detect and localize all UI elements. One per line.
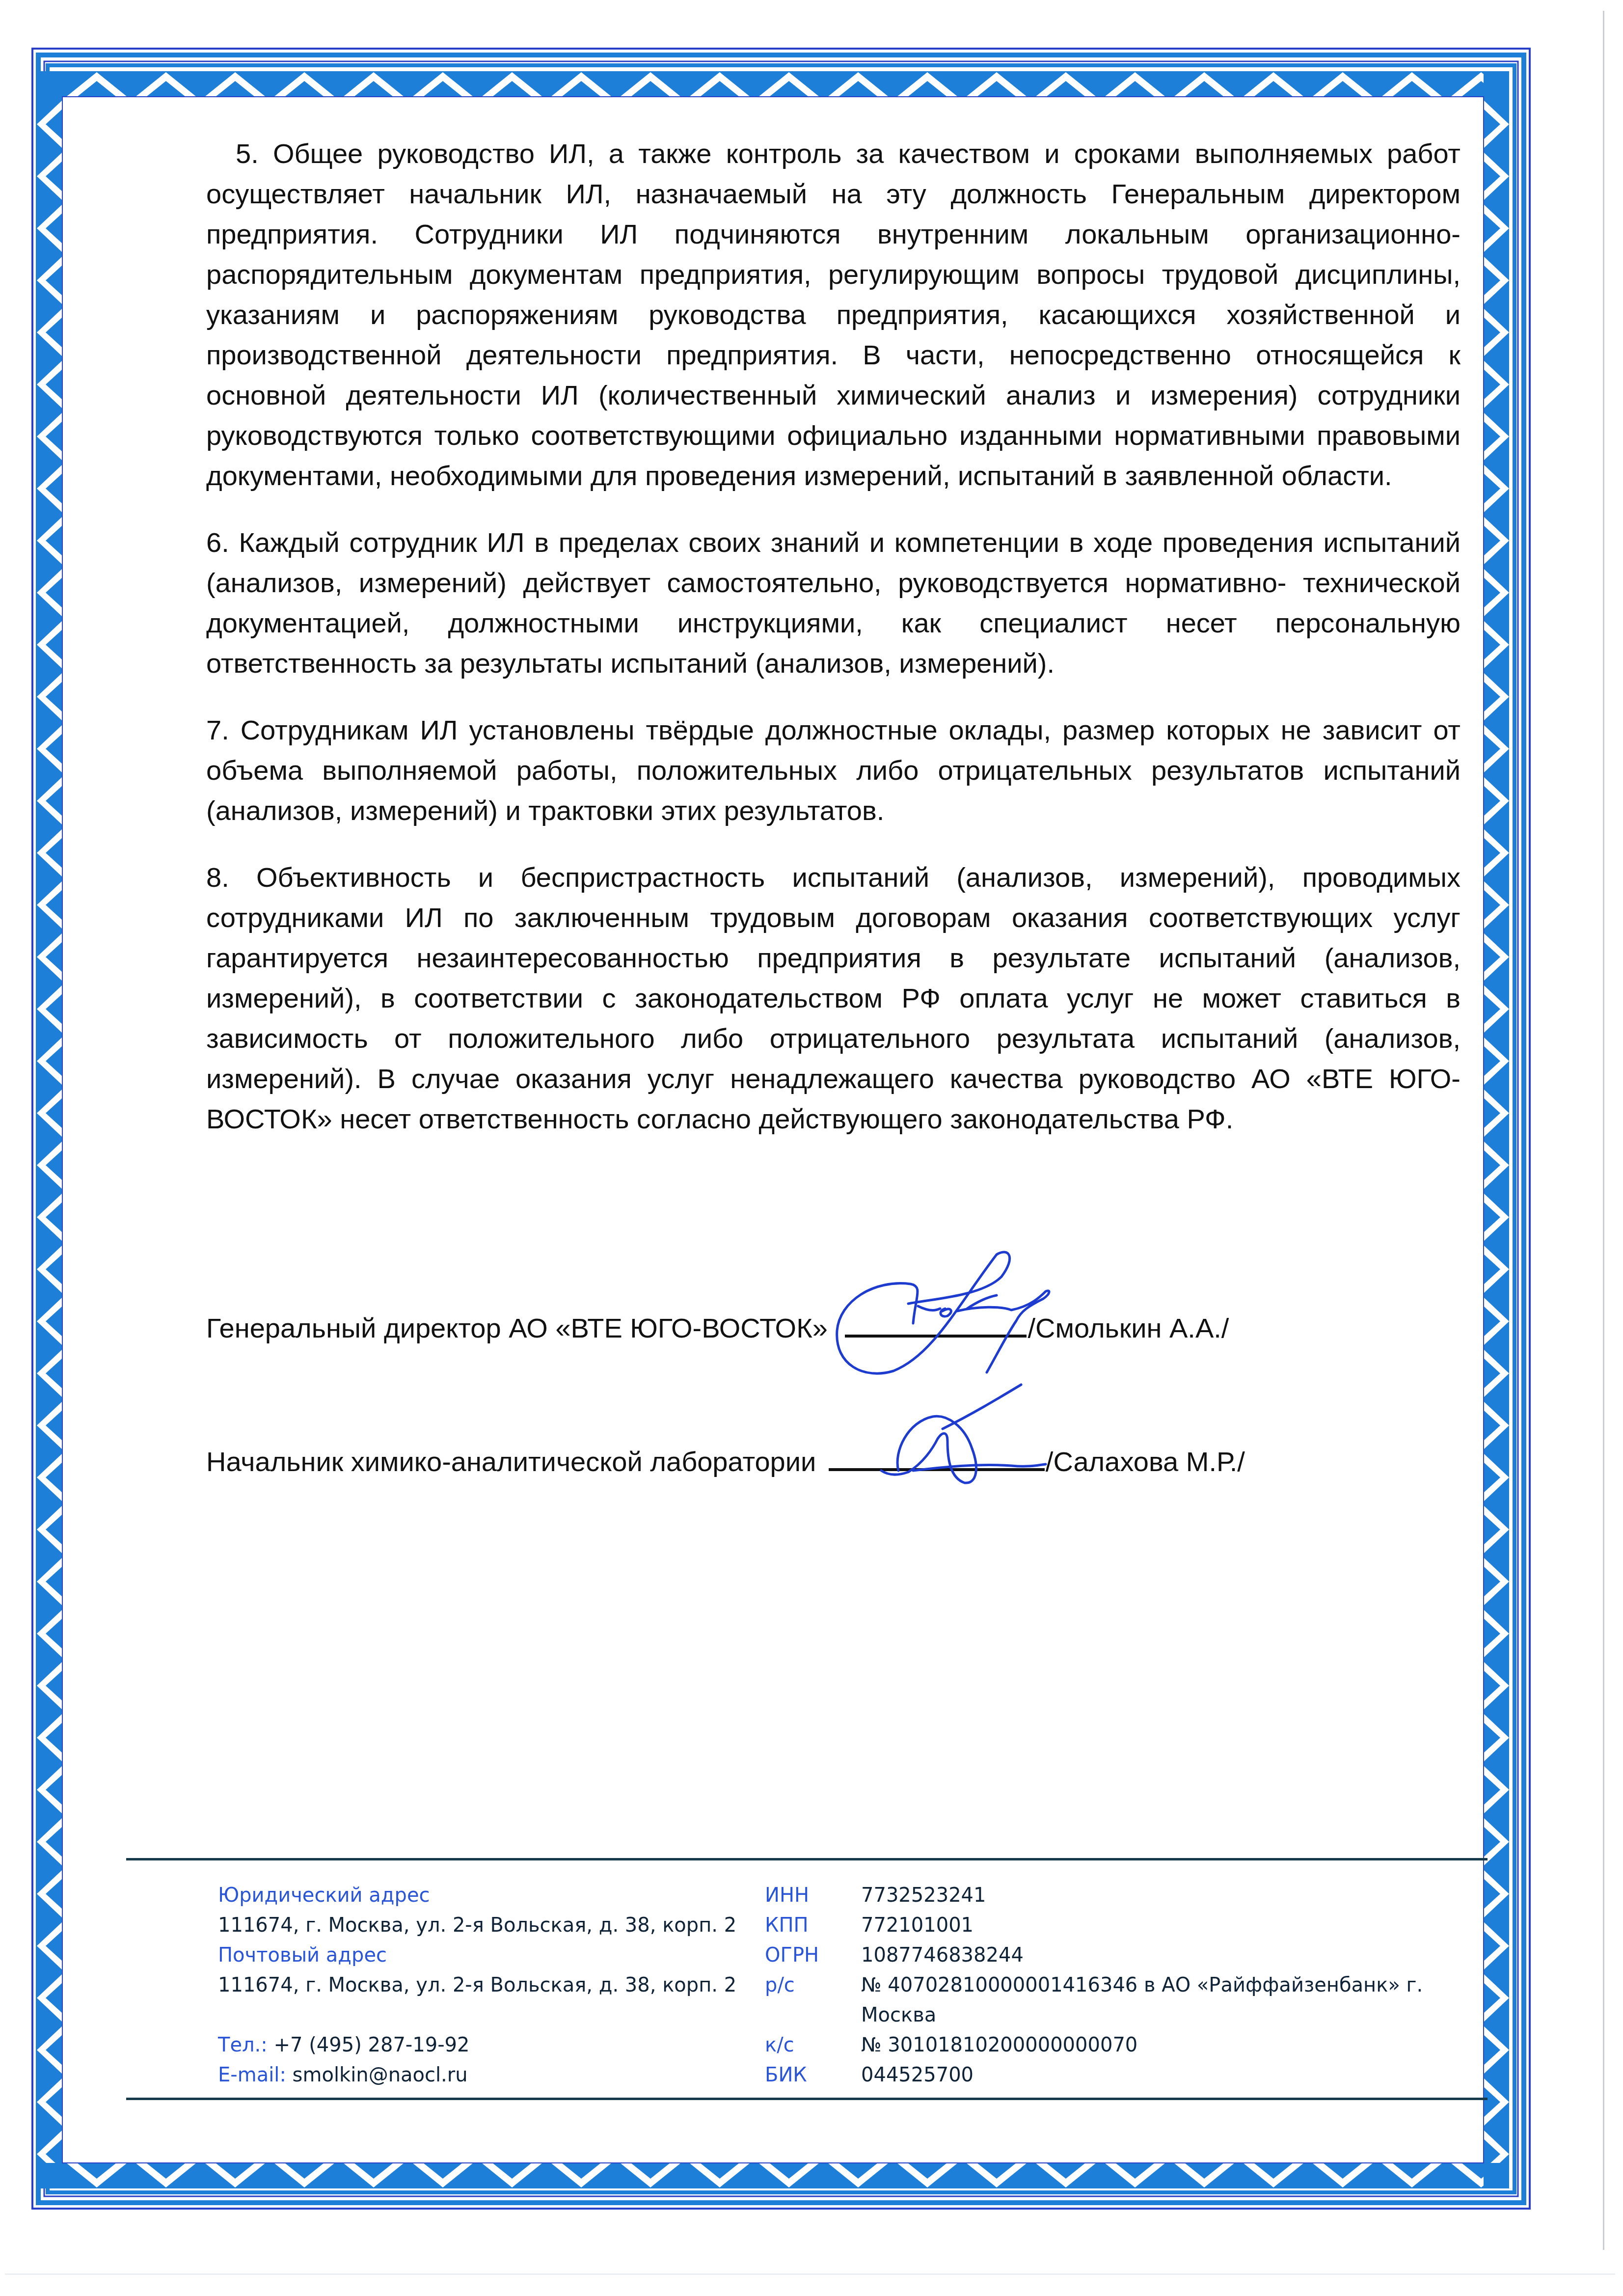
footer-postal-address-label: Почтовый адрес — [218, 1941, 736, 1970]
paragraph-6: 6. Каждый сотрудник ИЛ в пределах своих … — [206, 522, 1461, 683]
footer-kpp: КПП772101001 — [765, 1911, 1423, 1941]
email-link[interactable]: smolkin@naocl.ru — [286, 2064, 468, 2086]
footer-settlement-account-cont: Москва — [765, 2000, 1423, 2030]
footer-legal-address-label: Юридический адрес — [218, 1881, 736, 1911]
footer-bik: БИК044525700 — [765, 2060, 1423, 2090]
footer-requisites: ИНН7732523241 КПП772101001 ОГРН108774683… — [765, 1881, 1423, 2090]
paragraph-8: 8. Объективность и беспристрастность исп… — [206, 857, 1461, 1139]
footer-postal-address: 111674, г. Москва, ул. 2-я Вольская, д. … — [218, 1970, 736, 2000]
footer-contacts: Юридический адрес 111674, г. Москва, ул.… — [218, 1881, 736, 2090]
footer-phone: Тел.: +7 (495) 287-19-92 — [218, 2030, 736, 2060]
signatory-title: Генеральный директор АО «ВТЕ ЮГО-ВОСТОК» — [206, 1312, 828, 1343]
footer-inn: ИНН7732523241 — [765, 1881, 1423, 1911]
footer-settlement-account: р/с№ 40702810000001416346 в АО «Райффайз… — [765, 1970, 1423, 2000]
footer-ogrn: ОГРН1087746838244 — [765, 1941, 1423, 1970]
paragraph-7: 7. Сотрудникам ИЛ установлены твёрдые до… — [206, 710, 1461, 831]
footer-spacer — [218, 2000, 736, 2030]
document-page: 5. Общее руководство ИЛ, а также контрол… — [0, 0, 1623, 2296]
footer-bottom-rule — [126, 2098, 1488, 2100]
footer-legal-address: 111674, г. Москва, ул. 2-я Вольская, д. … — [218, 1911, 736, 1941]
paragraph-5: 5. Общее руководство ИЛ, а также контрол… — [206, 134, 1461, 496]
footer-email: E-mail: smolkin@naocl.ru — [218, 2060, 736, 2090]
footer-top-rule — [126, 1858, 1488, 1860]
signature-lab-head-icon — [879, 1380, 1154, 1493]
body-text: 5. Общее руководство ИЛ, а также контрол… — [206, 134, 1461, 1166]
signatory-title: Начальник химико-аналитической лаборатор… — [206, 1446, 816, 1477]
footer-correspondent-account: к/с№ 30101810200000000070 — [765, 2030, 1423, 2060]
